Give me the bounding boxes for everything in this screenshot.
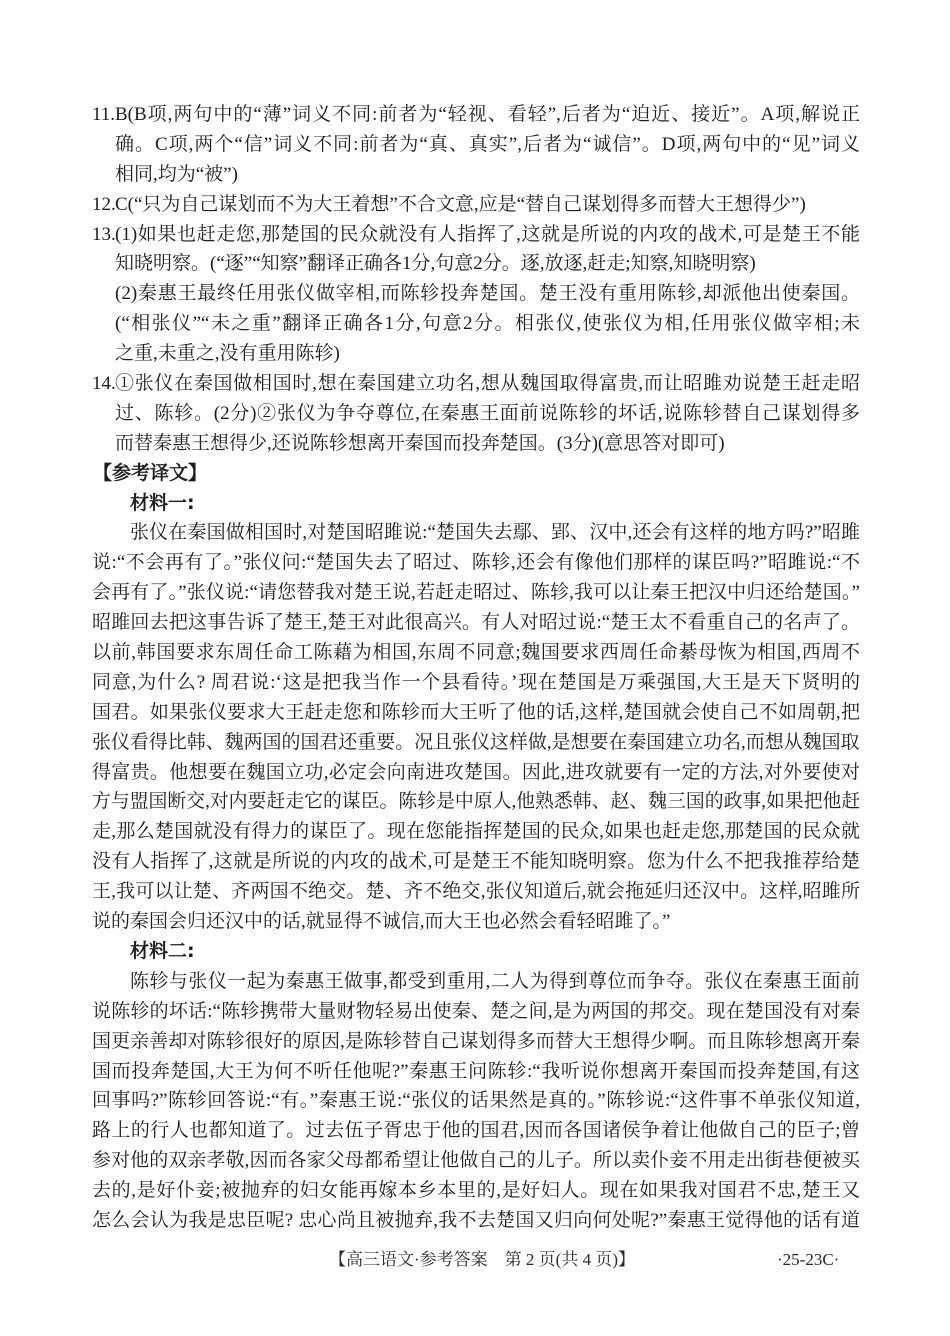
footer-page-info: 【高三语文·参考答案 第 2 页(共 4 页)】 — [329, 1248, 635, 1272]
answer-14-line-1: ①张仪在秦国做相国时,想在秦国建立功名,想从魏国取得富贵,而让昭雎劝说楚王赶走昭 — [115, 369, 860, 399]
answer-12: 12. C(“只为自己谋划而不为大王着想”不合文意,应是“替自己谋划得多而替大王… — [92, 190, 860, 220]
question-number: 11. — [92, 100, 115, 130]
material-2-line-2: 说陈轸的坏话:“陈轸携带大量财物轻易出使秦、楚之间,是为两国的邦交。现在楚国没有… — [92, 997, 860, 1027]
answer-13-line-4: (“相张仪”“未之重”翻译正确各1分,句意2分。相张仪,使张仪为相,任用张仪做宰… — [115, 309, 860, 339]
answer-13-line-1: (1)如果也赶走您,那楚国的民众就没有人指挥了,这就是所说的内攻的战术,可是楚王… — [115, 220, 860, 250]
answer-11-line-1: B(B项,两句中的“薄”词义不同:前者为“轻视、看轻”,后者为“迫近、接近”。A… — [115, 100, 860, 130]
question-number: 13. — [92, 220, 116, 250]
material-2-line-9: 怎么会认为我是忠臣呢? 忠心尚且被抛弃,我不去楚国又归向何处呢?”秦惠王觉得他的… — [92, 1206, 860, 1236]
material-1-line-5: 以前,韩国要求东周任命工陈藉为相国,东周不同意;魏国要求西周任命綦母恢为相国,西… — [92, 638, 860, 668]
material-1-title: 材料一: — [130, 489, 195, 519]
question-number: 14. — [92, 369, 116, 399]
answer-11: 11. B(B项,两句中的“薄”词义不同:前者为“轻视、看轻”,后者为“迫近、接… — [92, 100, 860, 130]
answer-12-line-1: C(“只为自己谋划而不为大王着想”不合文意,应是“替自己谋划得多而替大王想得少”… — [115, 190, 860, 220]
document-page: 11. B(B项,两句中的“薄”词义不同:前者为“轻视、看轻”,后者为“迫近、接… — [0, 0, 950, 1336]
answer-13-line-3: (2)秦惠王最终任用张仪做宰相,而陈轸投奔楚国。楚王没有重用陈轸,却派他出使秦国… — [115, 279, 860, 309]
footer-doc-code: ·25-23C· — [777, 1248, 839, 1272]
answer-14-line-2: 过、陈轸。(2分)②张仪为争夺尊位,在秦惠王面前说陈轸的坏话,说陈轸替自己谋划得… — [115, 399, 860, 429]
material-1-line-2: 说:“不会再有了。”张仪问:“楚国失去了昭过、陈轸,还会有像他们那样的谋臣吗?”… — [92, 548, 860, 578]
material-2-line-4: 国而投奔楚国,大王为何不听任他呢?”秦惠王问陈轸:“我听说你想离开秦国而投奔楚国… — [92, 1057, 860, 1087]
material-2-line-7: 参对他的双亲孝敬,因而各家父母都希望让他做自己的儿子。所以卖仆妾不用走出街巷便被… — [92, 1146, 860, 1176]
material-2-title: 材料二: — [130, 937, 195, 967]
answer-11-line-3: 相同,均为“被”) — [115, 160, 860, 190]
material-1-line-13: 王,我可以让楚、齐两国不绝交。楚、齐不绝交,张仪知道后,就会拖延归还汉中。这样,… — [92, 877, 860, 907]
material-2-line-3: 国更亲善却对陈轸很好的原因,是陈轸替自己谋划得多而替大王想得少啊。而且陈轸想离开… — [92, 1027, 860, 1057]
material-1-line-10: 方与盟国断交,对内要赶走它的谋臣。陈轸是中原人,他熟悉韩、赵、魏三国的政事,如果… — [92, 787, 854, 817]
material-1-line-6: 同意,为什么? 周君说:‘这是把我当作一个县看待。’现在楚国是万乘强国,大王是天… — [92, 668, 860, 698]
material-1-line-1: 张仪在秦国做相国时,对楚国昭雎说:“楚国失去鄢、郢、汉中,还会有这样的地方吗?”… — [130, 518, 860, 548]
material-1-line-14: 说的秦国会归还汉中的话,就显得不诚信,而大王也必然会看轻昭雎了。” — [92, 907, 860, 937]
answer-13-line-2: 知晓明察。(“逐”“知察”翻译正确各1分,句意2分。逐,放逐,赶走;知察,知晓明… — [115, 249, 860, 279]
question-number: 12. — [92, 190, 116, 220]
answer-14: 14. ①张仪在秦国做相国时,想在秦国建立功名,想从魏国取得富贵,而让昭雎劝说楚… — [92, 369, 860, 399]
material-2-line-5: 回事吗?”陈轸回答说:“有。”秦惠王说:“张仪的话果然是真的。”陈轸说:“这件事… — [92, 1086, 860, 1116]
material-1-line-11: 走,那么楚国就没有得力的谋臣了。现在您能指挥楚国的民众,如果也赶走您,那楚国的民… — [92, 817, 860, 847]
answer-11-line-2: 确。C项,两个“信”词义不同:前者为“真、真实”,后者为“诚信”。D项,两句中的… — [115, 130, 860, 160]
page-content: 11. B(B项,两句中的“薄”词义不同:前者为“轻视、看轻”,后者为“迫近、接… — [92, 100, 860, 1236]
material-2-line-8: 去的,是好仆妾;被抛弃的妇女能再嫁本乡本里的,是好妇人。现在如果我对国君不忠,楚… — [92, 1176, 860, 1206]
material-1-line-9: 得富贵。他想要在魏国立功,必定会向南进攻楚国。因此,进攻就要有一定的方法,对外要… — [92, 758, 860, 788]
material-2-line-1: 陈轸与张仪一起为秦惠王做事,都受到重用,二人为得到尊位而争夺。张仪在秦惠王面前 — [130, 967, 860, 997]
material-2-line-6: 路上的行人也都知道了。过去伍子胥忠于他的国君,因而各国诸侯争着让他做自己的臣子;… — [92, 1116, 860, 1146]
material-1-line-3: 会再有了。”张仪说:“请您替我对楚王说,若赶走昭过、陈轸,我可以让秦王把汉中归还… — [92, 578, 860, 608]
answer-13-line-5: 之重,未重之,没有重用陈轸) — [115, 339, 860, 369]
section-heading-translation: 【参考译文】 — [93, 459, 207, 489]
material-1-line-4: 昭雎回去把这事告诉了楚王,楚王对此很高兴。有人对昭过说:“楚王太不看重自己的名声… — [92, 608, 860, 638]
answer-14-line-3: 而替秦惠王想得少,还说陈轸想离开秦国而投奔楚国。(3分)(意思答对即可) — [115, 429, 860, 459]
material-1-line-12: 没有人指挥了,这就是所说的内攻的战术,可是楚王不能知晓明察。您为什么不把我推荐给… — [92, 847, 860, 877]
answer-13: 13. (1)如果也赶走您,那楚国的民众就没有人指挥了,这就是所说的内攻的战术,… — [92, 220, 860, 250]
material-1-line-8: 张仪看得比韩、魏两国的国君还重要。况且张仪这样做,是想要在秦国建立功名,而想从魏… — [92, 728, 858, 758]
material-1-line-7: 国君。如果张仪要求大王赶走您和陈轸而大王听了他的话,这样,楚国就会使自己不如周朝… — [92, 698, 860, 728]
